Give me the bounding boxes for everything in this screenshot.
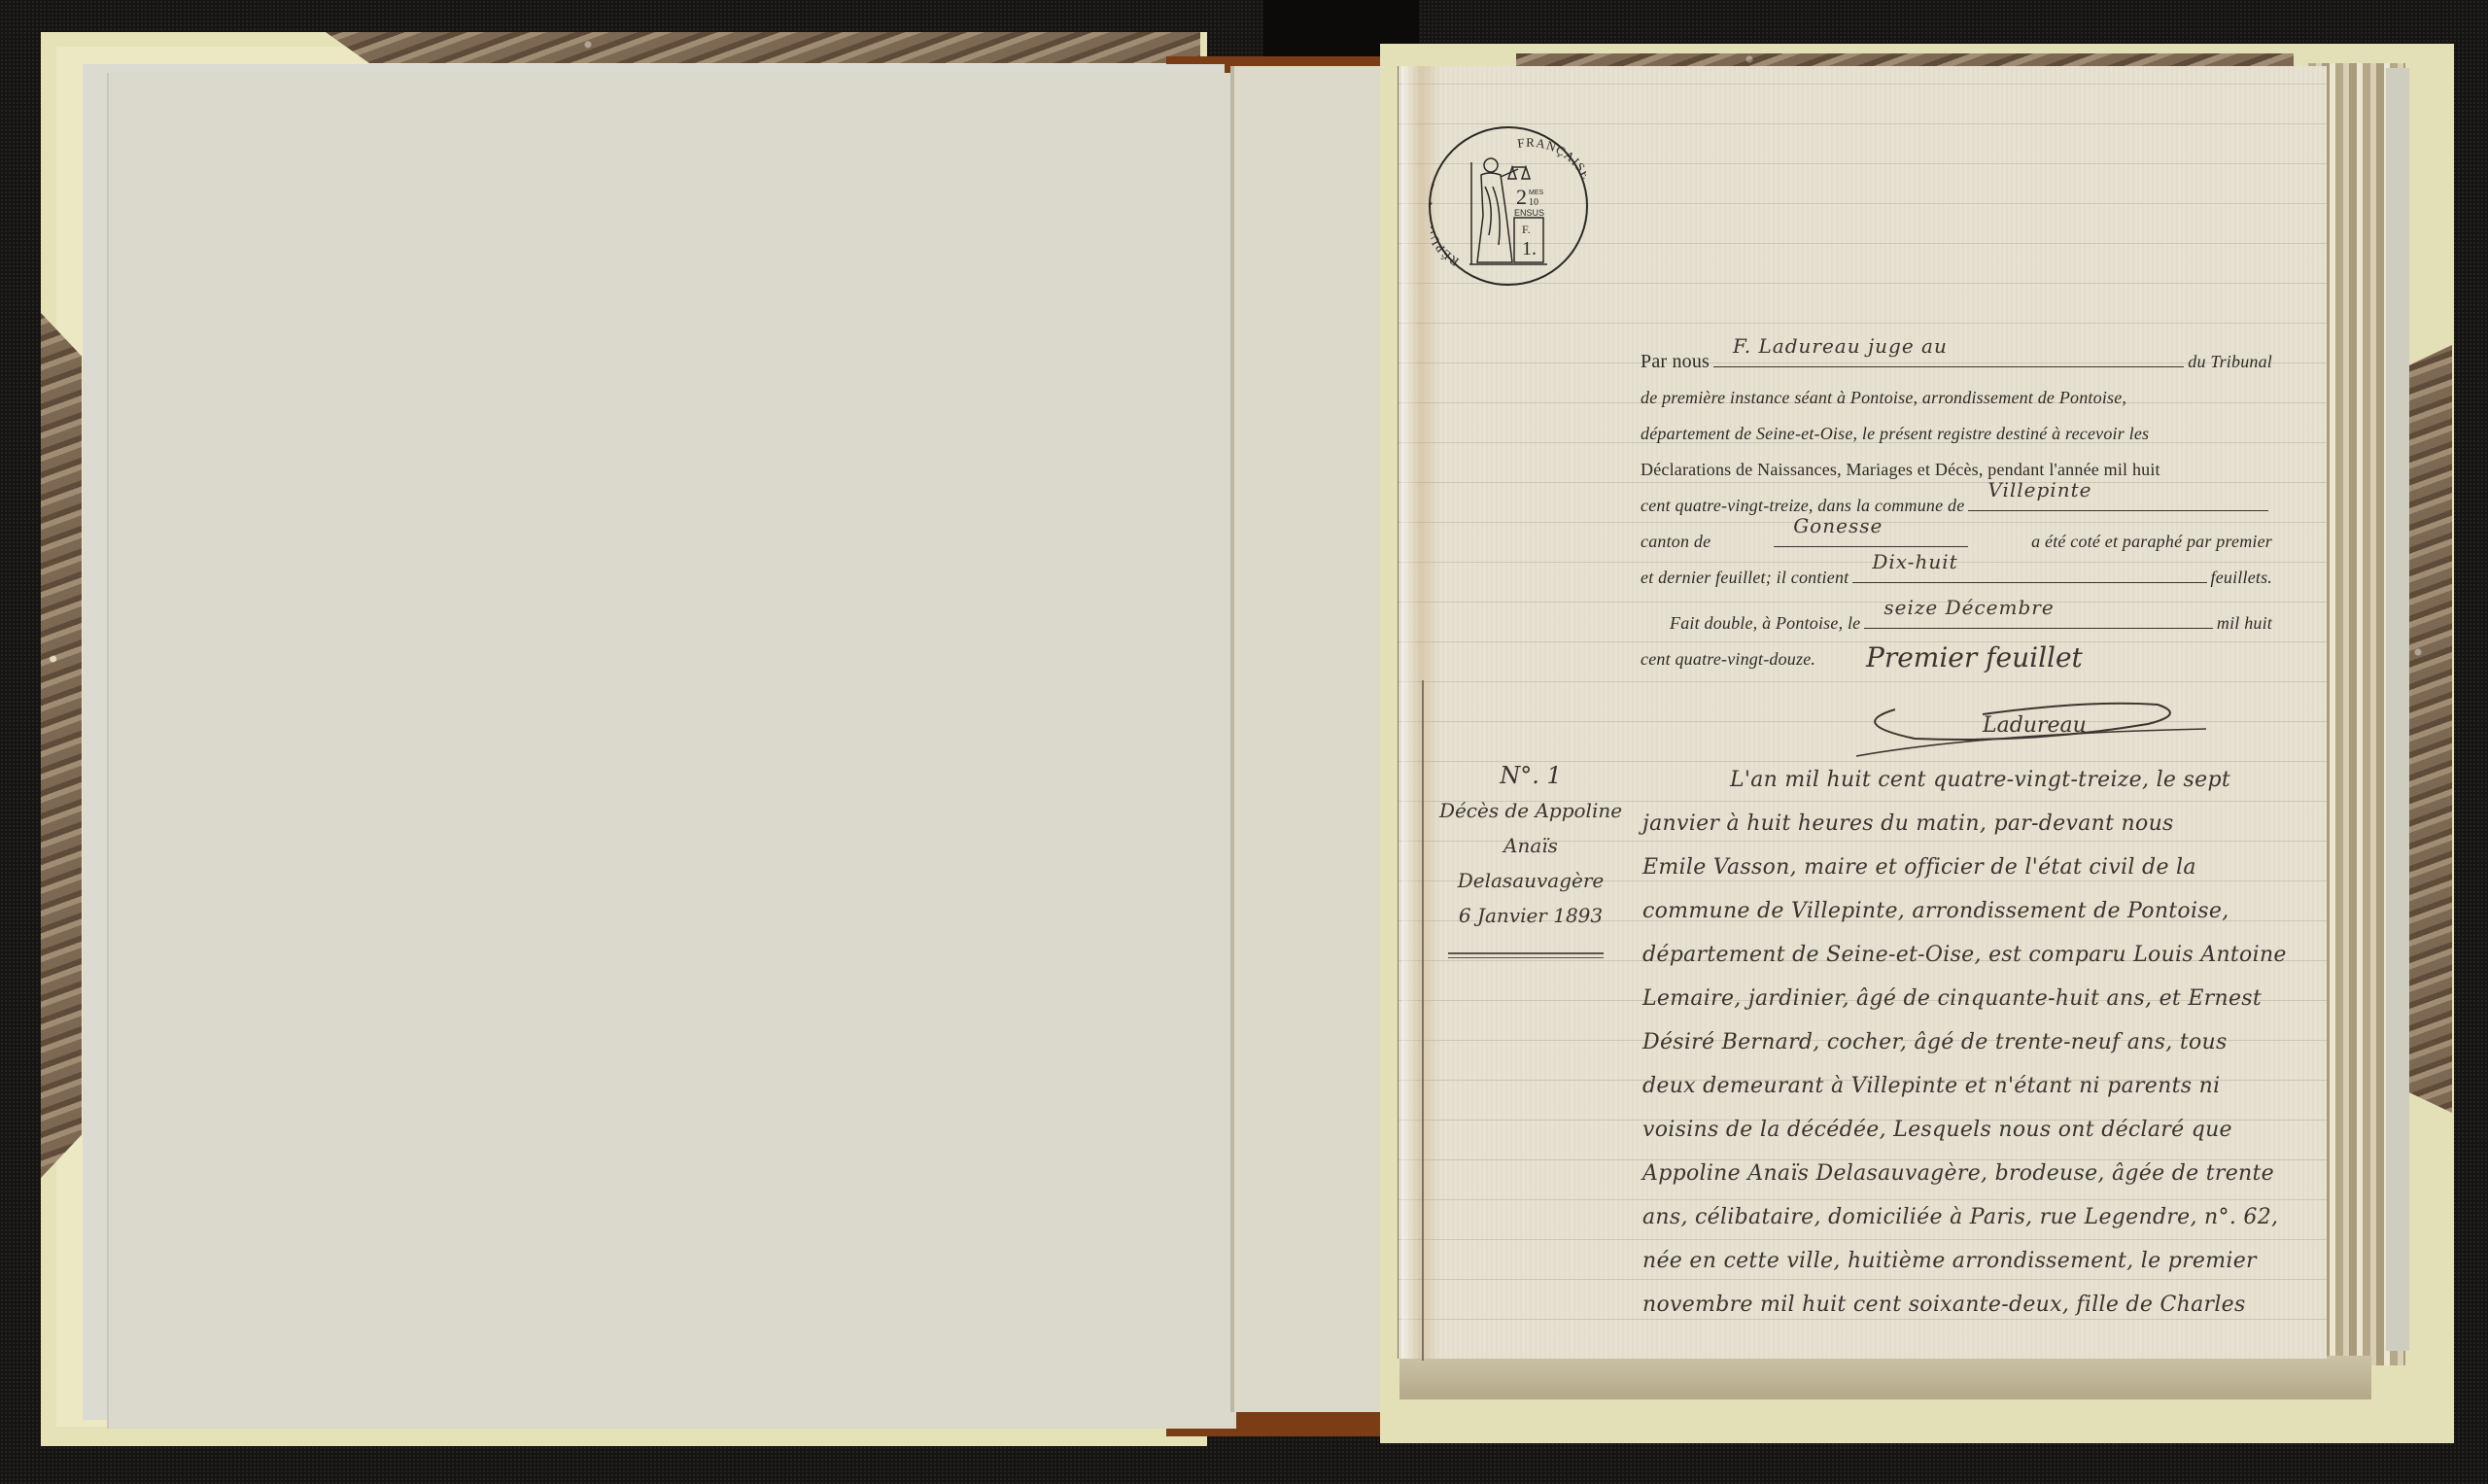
act-line: ans, célibataire, domiciliée à Paris, ru…	[1642, 1195, 2303, 1239]
header-feuillets: feuillets.	[2211, 560, 2273, 596]
stamp-graphic: RÉPUBLIQUE FRANÇAISE 2 MES 10 ENSUS F. 1…	[1431, 128, 1586, 284]
header-line-1: Par nous F. Ladureau juge au du Tribunal	[1641, 344, 2272, 380]
republique-francaise-stamp-icon: RÉPUBLIQUE FRANÇAISE 2 MES 10 ENSUS F. 1…	[1429, 126, 1588, 286]
svg-text:FRANÇAISE: FRANÇAISE	[1516, 135, 1586, 183]
page-edges-bottom	[1399, 1356, 2371, 1399]
marbled-paper-left-edge	[41, 313, 82, 1178]
stamp-denomination-sup: MES	[1529, 190, 1544, 196]
act-line: Emile Vasson, maire et officier de l'éta…	[1642, 846, 2303, 889]
header-line-5: cent quatre-vingt-treize, dans la commun…	[1641, 488, 2272, 524]
sheet-count-handwritten: Dix-huit	[1872, 544, 1957, 580]
svg-text:RÉPUBLIQUE: RÉPUBLIQUE	[1431, 179, 1462, 269]
act-margin-note: N°. 1 Décès de Appoline Anaïs Delasauvag…	[1434, 758, 1628, 933]
judge-name-handwritten: F. Ladureau juge au	[1733, 328, 1948, 364]
act-line: commune de Villepinte, arrondissement de…	[1642, 889, 2303, 933]
judge-name-blank: F. Ladureau juge au	[1713, 347, 2184, 367]
act-line: Appoline Anaïs Delasauvagère, brodeuse, …	[1642, 1152, 2303, 1195]
act-line: voisins de la décédée, Lesquels nous ont…	[1642, 1108, 2303, 1152]
register-header: Par nous F. Ladureau juge au du Tribunal…	[1641, 344, 2272, 677]
premier-feuillet-annotation: Premier feuillet	[1866, 641, 2083, 673]
header-tribunal: du Tribunal	[2188, 344, 2272, 380]
left-blank-flyleaf	[107, 73, 1236, 1429]
act-line: deux demeurant à Villepinte et n'étant n…	[1642, 1064, 2303, 1108]
stamp-text-left: RÉPUBLIQUE	[1431, 179, 1462, 269]
act-title-line-2: Anaïs Delasauvagère	[1434, 828, 1628, 898]
date-blank: seize Décembre	[1864, 608, 2213, 629]
stamp-label: ENSUS	[1514, 208, 1544, 218]
header-canton-label: canton de	[1641, 524, 1710, 560]
act-number: N°. 1	[1434, 758, 1628, 793]
act-line: novembre mil huit cent soixante-deux, fi…	[1642, 1283, 2303, 1327]
header-mil-huit: mil huit	[2217, 605, 2272, 641]
act-line: née en cette ville, huitième arrondissem…	[1642, 1239, 2303, 1283]
header-cote-paraphe: a été coté et paraphé par premier	[2031, 524, 2272, 560]
margin-rule-vertical	[1422, 680, 1424, 1361]
commune-blank: Villepinte	[1968, 491, 2268, 511]
stamp-denomination-sub: 10	[1529, 197, 1538, 208]
act-line: Désiré Bernard, cocher, âgé de trente-ne…	[1642, 1020, 2303, 1064]
act-title-line-1: Décès de Appoline	[1434, 793, 1628, 828]
stamp-franc-value: 1.	[1522, 238, 1537, 259]
stamp-text-right: FRANÇAISE	[1516, 135, 1586, 183]
header-par-nous: Par nous	[1641, 344, 1710, 380]
act-line: janvier à huit heures du matin, par-deva…	[1642, 802, 2303, 846]
judge-signature: Ladureau	[1837, 690, 2245, 763]
stamp-franc-label: F.	[1522, 223, 1531, 236]
header-line-4: Déclarations de Naissances, Mariages et …	[1641, 452, 2272, 488]
date-handwritten: seize Décembre	[1883, 590, 2054, 626]
act-date: 6 Janvier 1893	[1434, 898, 1628, 933]
act-line: département de Seine-et-Oise, est compar…	[1642, 933, 2303, 977]
header-contient-label: et dernier feuillet; il contient	[1641, 560, 1849, 596]
marbled-paper-top-left	[326, 32, 1200, 63]
page-edges-white	[2386, 68, 2409, 1351]
signature-name: Ladureau	[1983, 713, 2087, 738]
act-line: Lemaire, jardinier, âgé de cinquante-hui…	[1642, 977, 2303, 1020]
header-line-2: de première instance séant à Pontoise, a…	[1641, 380, 2272, 416]
header-line-8: Fait double, à Pontoise, le seize Décemb…	[1641, 605, 2272, 641]
header-fait-double: Fait double, à Pontoise, le	[1670, 605, 1860, 641]
death-act-text: L'an mil huit cent quatre-vingt-treize, …	[1642, 758, 2303, 1327]
gutter-stub-page	[1230, 66, 1404, 1412]
marbled-paper-right-edge	[2403, 345, 2452, 1113]
margin-note-underline-2	[1448, 957, 1604, 958]
stamp-denomination: 2	[1516, 185, 1527, 209]
commune-handwritten: Villepinte	[1987, 472, 2091, 508]
margin-note-underline	[1448, 952, 1604, 954]
canton-handwritten: Gonesse	[1793, 508, 1883, 544]
act-line: L'an mil huit cent quatre-vingt-treize, …	[1642, 758, 2303, 802]
header-line-3: département de Seine-et-Oise, le présent…	[1641, 416, 2272, 452]
sheet-count-blank: Dix-huit	[1852, 563, 2206, 583]
